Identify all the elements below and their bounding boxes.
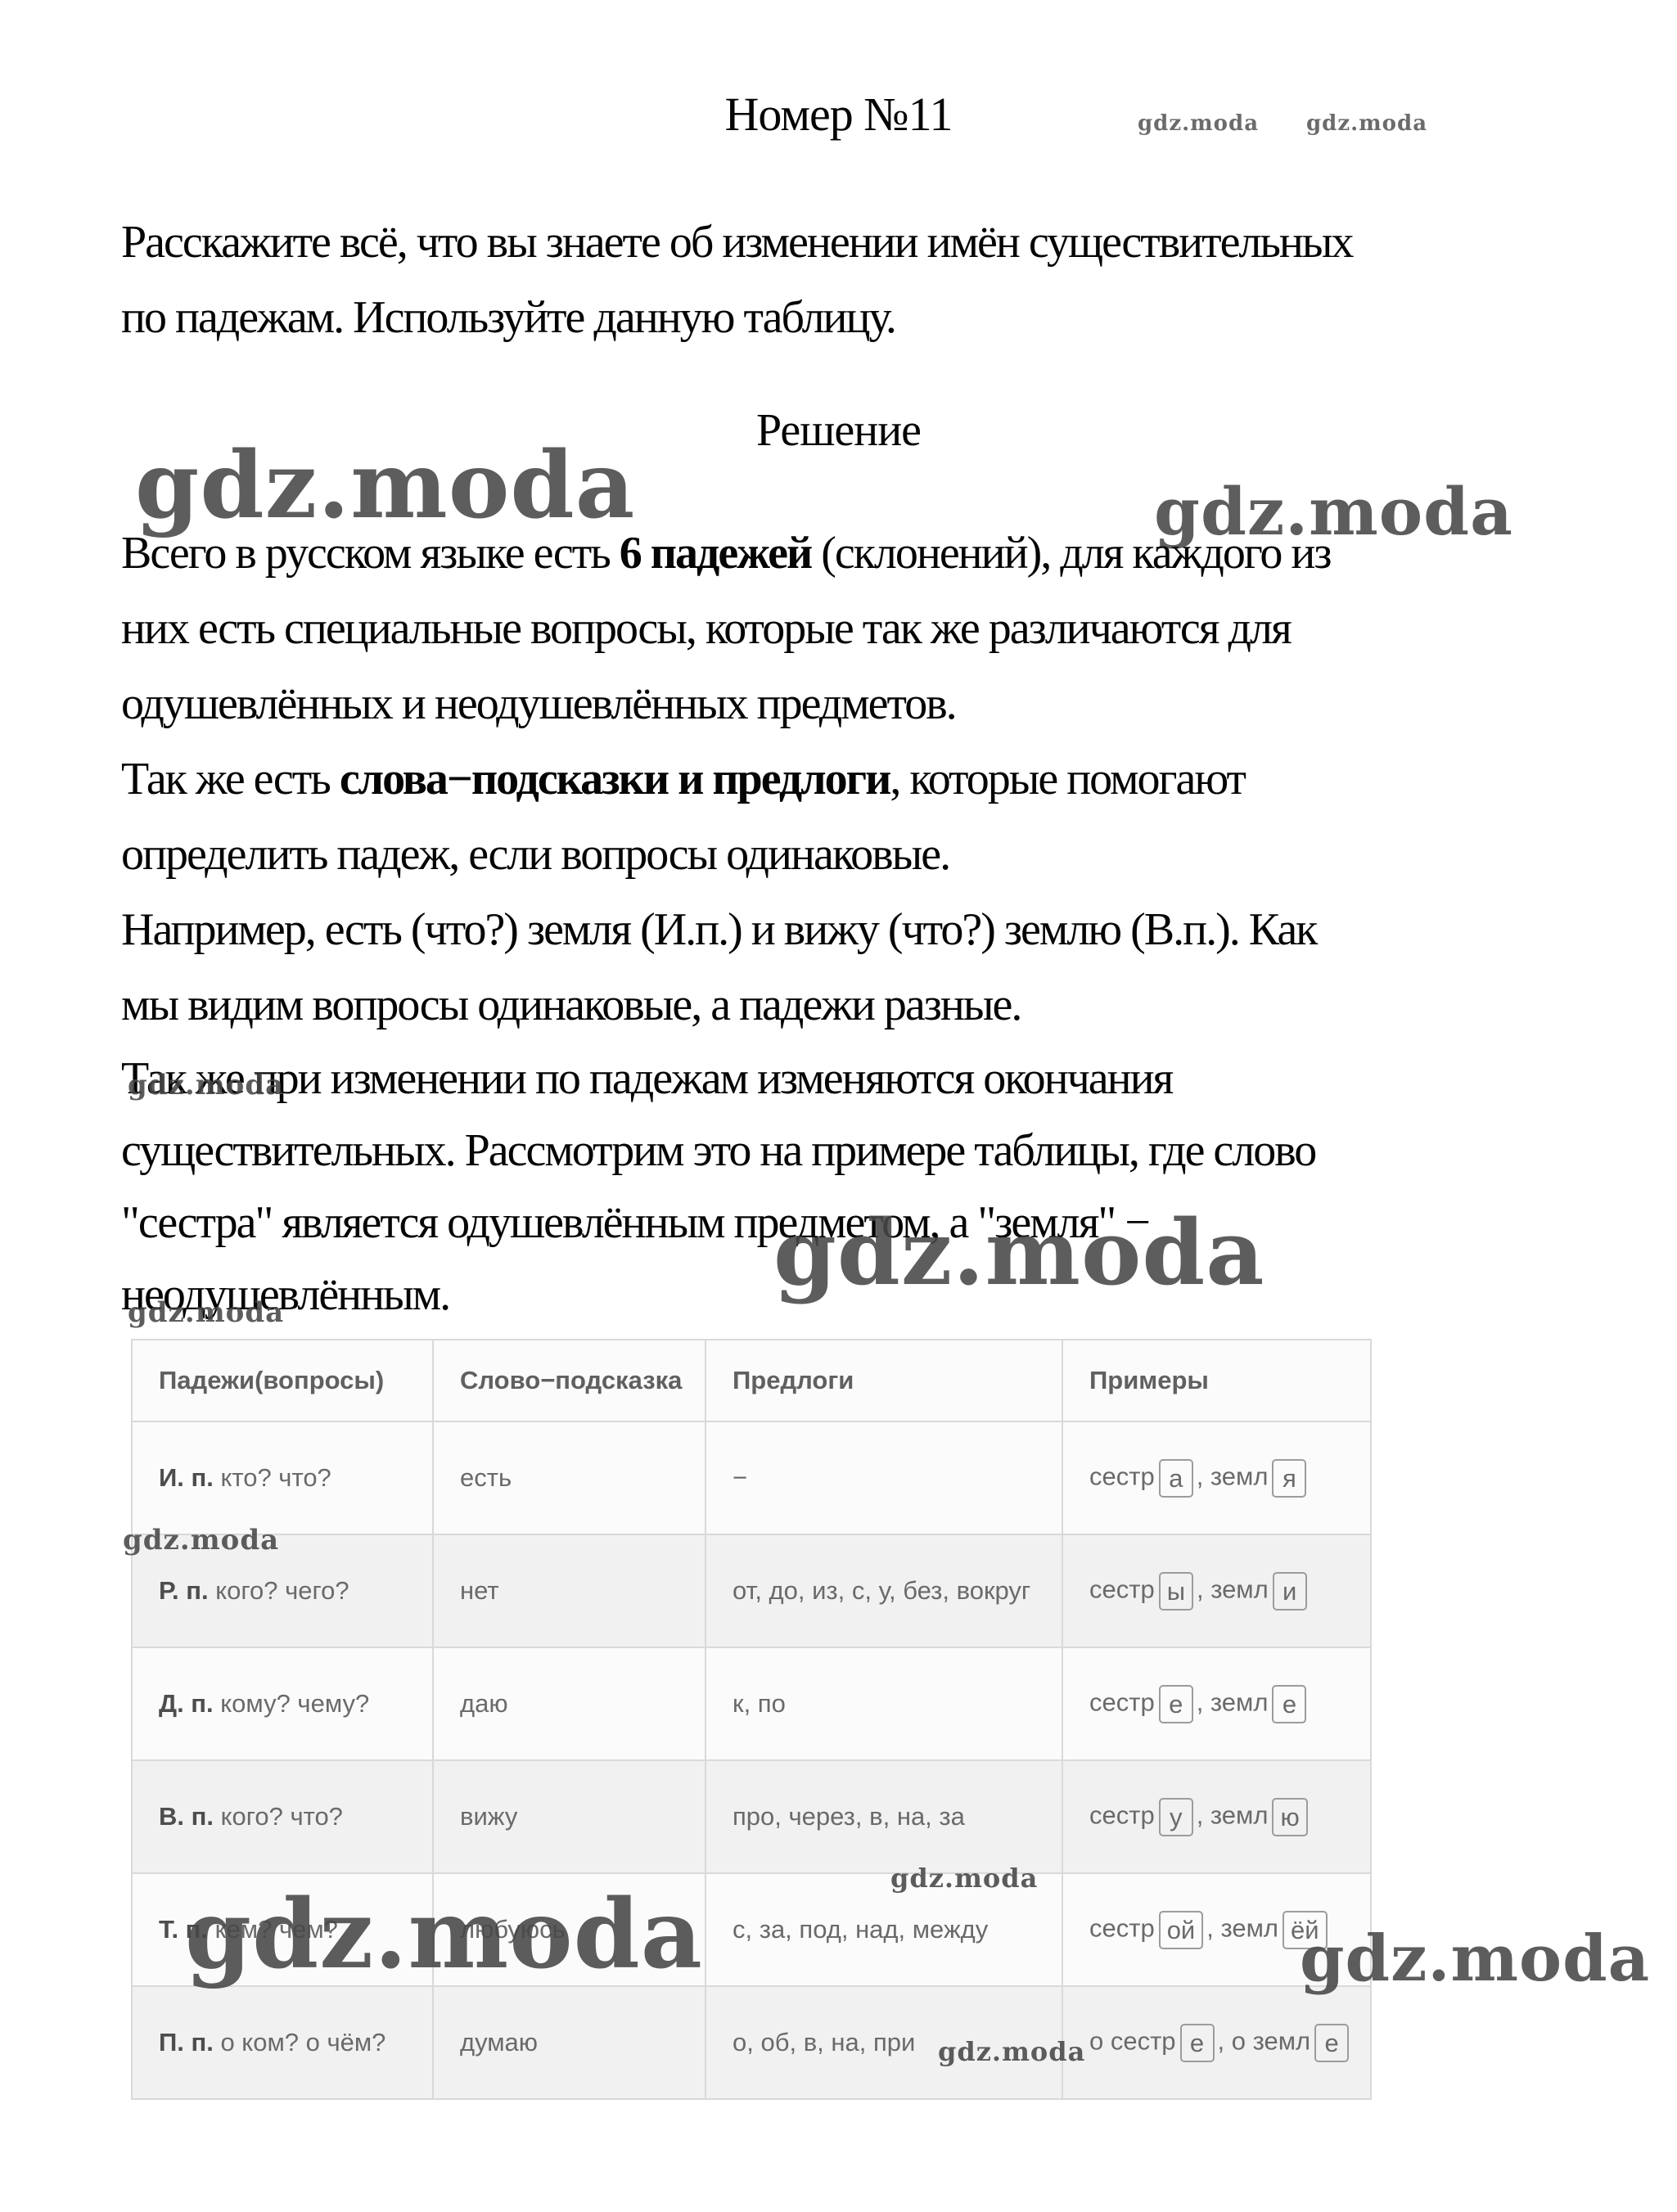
hint-word-cell: вижу xyxy=(433,1760,706,1873)
case-abbreviation: Д. п. xyxy=(159,1689,214,1718)
ending-box: ю xyxy=(1272,1798,1307,1836)
prepositions-cell: от, до, из, с, у, без, вокруг xyxy=(706,1534,1062,1647)
examples-cell: сестре, земле xyxy=(1062,1647,1371,1760)
watermark: gdz.moda xyxy=(123,1524,279,1557)
paragraph-line: Так же при изменении по падежам изменяют… xyxy=(121,1043,1578,1115)
prepositions-cell: про, через, в, на, за xyxy=(706,1760,1062,1873)
ending-box: ой xyxy=(1159,1911,1204,1949)
case-cell: В. п. кого? что? xyxy=(132,1760,433,1873)
examples-cell: сестры, земли xyxy=(1062,1534,1371,1647)
watermark: gdz.moda xyxy=(1138,111,1259,136)
watermark: gdz.moda xyxy=(128,1296,284,1329)
examples-cell: о сестре, о земле xyxy=(1062,1986,1371,2099)
solution-paragraph-cases: Всего в русском языке есть 6 падежей (ск… xyxy=(121,516,1578,741)
ending-box: е xyxy=(1314,2024,1349,2062)
problem-statement: Расскажите всё, что вы знаете об изменен… xyxy=(121,205,1578,355)
column-header-prepositions: Предлоги xyxy=(706,1340,1062,1421)
bold-phrase: слова−подсказки и предлоги xyxy=(340,754,890,804)
solution-paragraph-example: Например, есть (что?) земля (И.п.) и виж… xyxy=(121,892,1578,1043)
prepositions-cell: − xyxy=(706,1421,1062,1534)
ending-box: и xyxy=(1273,1572,1307,1611)
hint-word-cell: есть xyxy=(433,1421,706,1534)
watermark: gdz.moda xyxy=(890,1863,1038,1894)
table-row: В. п. кого? что? вижу про, через, в, на,… xyxy=(132,1760,1371,1873)
ending-box: я xyxy=(1272,1459,1306,1498)
paragraph-line: определить падеж, если вопросы одинаковы… xyxy=(121,817,1578,892)
case-cell: И. п. кто? что? xyxy=(132,1421,433,1534)
paragraph-line: Так же есть слова−подсказки и предлоги, … xyxy=(121,741,1578,817)
table-row: Р. п. кого? чего? нет от, до, из, с, у, … xyxy=(132,1534,1371,1647)
watermark: gdz.moda xyxy=(1300,1921,1650,1996)
case-cell: Д. п. кому? чему? xyxy=(132,1647,433,1760)
case-cell: П. п. о ком? о чём? xyxy=(132,1986,433,2099)
watermark: gdz.moda xyxy=(938,2036,1085,2067)
hint-word-cell: даю xyxy=(433,1647,706,1760)
table-row: Д. п. кому? чему? даю к, по сестре, земл… xyxy=(132,1647,1371,1760)
ending-box: ы xyxy=(1159,1572,1193,1611)
ending-box: е xyxy=(1159,1685,1193,1723)
document-page: Номер №11 gdz.moda gdz.moda Расскажите в… xyxy=(0,0,1677,2212)
case-abbreviation: П. п. xyxy=(159,2028,214,2057)
ending-box: а xyxy=(1159,1459,1193,1498)
column-header-hint-word: Слово−подсказка xyxy=(433,1340,706,1421)
case-abbreviation: В. п. xyxy=(159,1802,214,1831)
table-row: П. п. о ком? о чём? думаю о, об, в, на, … xyxy=(132,1986,1371,2099)
examples-cell: сестру, землю xyxy=(1062,1760,1371,1873)
watermark: gdz.moda xyxy=(128,1069,284,1101)
table-header-row: Падежи(вопросы) Слово−подсказка Предлоги… xyxy=(132,1340,1371,1421)
watermark: gdz.moda xyxy=(773,1200,1265,1305)
hint-word-cell: нет xyxy=(433,1534,706,1647)
paragraph-line: одушевлённых и неодушевлённых предметов. xyxy=(121,666,1578,741)
case-abbreviation: И. п. xyxy=(159,1463,214,1492)
column-header-examples: Примеры xyxy=(1062,1340,1371,1421)
hint-word-cell: думаю xyxy=(433,1986,706,2099)
ending-box: е xyxy=(1272,1685,1306,1723)
examples-cell: сестра, земля xyxy=(1062,1421,1371,1534)
column-header-cases: Падежи(вопросы) xyxy=(132,1340,433,1421)
ending-box: у xyxy=(1159,1798,1193,1836)
prepositions-cell: к, по xyxy=(706,1647,1062,1760)
problem-line: Расскажите всё, что вы знаете об изменен… xyxy=(121,205,1578,280)
watermark: gdz.moda xyxy=(1306,111,1427,136)
case-abbreviation: Р. п. xyxy=(159,1576,209,1605)
bold-phrase: 6 падежей xyxy=(620,528,811,579)
problem-line: по падежам. Используйте данную таблицу. xyxy=(121,280,1578,355)
paragraph-line: них есть специальные вопросы, которые та… xyxy=(121,591,1578,666)
paragraph-line: мы видим вопросы одинаковые, а падежи ра… xyxy=(121,967,1578,1043)
watermark: gdz.moda xyxy=(185,1879,703,1990)
ending-box: е xyxy=(1180,2024,1215,2062)
paragraph-line: существительных. Рассмотрим это на приме… xyxy=(121,1115,1578,1187)
solution-paragraph-hints: Так же есть слова−подсказки и предлоги, … xyxy=(121,741,1578,892)
paragraph-line: Всего в русском языке есть 6 падежей (ск… xyxy=(121,516,1578,591)
paragraph-line: Например, есть (что?) земля (И.п.) и виж… xyxy=(121,892,1578,967)
table-row: И. п. кто? что? есть − сестра, земля xyxy=(132,1421,1371,1534)
